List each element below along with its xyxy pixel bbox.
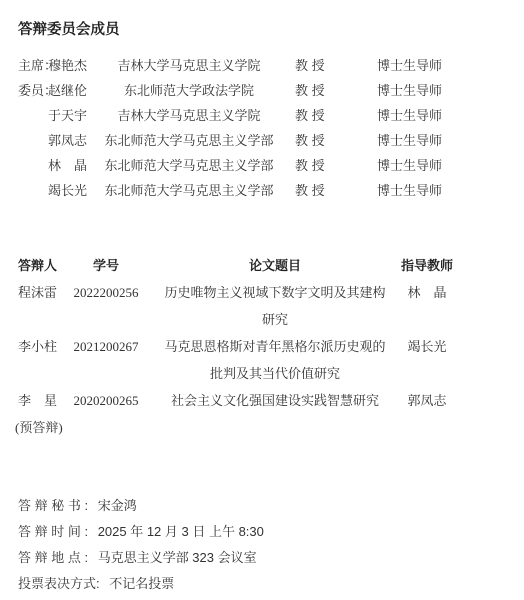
member-affiliation: 吉林大学马克思主义学院: [96, 103, 282, 128]
member-name: 于天宇: [48, 103, 96, 128]
advisor-name: 郭凤志: [395, 387, 459, 414]
student-id: 2020200265: [62, 387, 150, 414]
committee-member-row: 郭凤志 东北师范大学马克思主义学部 教 授 博士生导师: [18, 128, 506, 153]
meta-value: 2025 年 12 月 3 日 上午 8:30: [98, 524, 264, 539]
advisor-name: 竭长光: [395, 333, 459, 360]
member-name: 郭凤志: [48, 128, 96, 153]
member-position: 教 授: [295, 128, 335, 153]
table-row: 李 星 (预答辩) 2020200265 社会主义文化强国建设实践智慧研究 郭凤…: [18, 387, 506, 441]
member-role: 主席：: [18, 53, 48, 78]
student-id: 2022200256: [62, 279, 150, 306]
meta-value: 不记名投票: [109, 576, 174, 591]
member-name: 赵继伦: [48, 78, 96, 103]
defense-meta-info: 答 辩 秘 书 : 宋金鸿 答 辩 时 间 : 2025 年 12 月 3 日 …: [18, 493, 506, 597]
header-thesis-title: 论文题目: [160, 252, 390, 279]
committee-member-row: 主席： 穆艳杰 吉林大学马克思主义学院 教 授 博士生导师: [18, 53, 506, 78]
member-position: 教 授: [295, 103, 335, 128]
member-position: 教 授: [295, 78, 335, 103]
member-affiliation: 东北师范大学政法学院: [96, 78, 282, 103]
candidate-note: (预答辩): [15, 420, 63, 435]
meta-row-voting: 投票表决方式: 不记名投票: [18, 571, 506, 597]
defense-announcement-document: 答辩委员会成员 主席： 穆艳杰 吉林大学马克思主义学院 教 授 博士生导师 委员…: [0, 0, 524, 597]
committee-member-row: 于天宇 吉林大学马克思主义学院 教 授 博士生导师: [18, 103, 506, 128]
member-affiliation: 东北师范大学马克思主义学部: [96, 128, 282, 153]
committee-member-row: 委员： 赵继伦 东北师范大学政法学院 教 授 博士生导师: [18, 78, 506, 103]
table-header-row: 答辩人 学号 论文题目 指导教师: [18, 252, 506, 279]
meta-label: 答 辩 秘 书 :: [18, 498, 88, 513]
meta-row-time: 答 辩 时 间 : 2025 年 12 月 3 日 上午 8:30: [18, 519, 506, 545]
committee-section-title: 答辩委员会成员: [18, 18, 506, 39]
member-position: 教 授: [295, 178, 335, 203]
member-affiliation: 东北师范大学马克思主义学部: [96, 178, 282, 203]
header-student-id: 学号: [62, 252, 150, 279]
candidate-name-with-note: 李 星 (预答辩): [18, 387, 62, 441]
committee-list: 主席： 穆艳杰 吉林大学马克思主义学院 教 授 博士生导师 委员： 赵继伦 东北…: [18, 53, 506, 203]
table-row: 李小柱 2021200267 马克思恩格斯对青年黑格尔派历史观的批判及其当代价值…: [18, 333, 506, 387]
meta-label: 答 辩 时 间 :: [18, 524, 88, 539]
member-affiliation: 吉林大学马克思主义学院: [96, 53, 282, 78]
member-rank: 博士生导师: [377, 178, 442, 203]
member-name: 竭长光: [48, 178, 96, 203]
meta-row-secretary: 答 辩 秘 书 : 宋金鸿: [18, 493, 506, 519]
header-candidate: 答辩人: [18, 252, 62, 279]
header-advisor: 指导教师: [395, 252, 459, 279]
thesis-title: 社会主义文化强国建设实践智慧研究: [160, 387, 390, 414]
member-rank: 博士生导师: [377, 53, 442, 78]
meta-row-location: 答 辩 地 点 : 马克思主义学部 323 会议室: [18, 545, 506, 571]
member-name: 穆艳杰: [48, 53, 96, 78]
candidate-name: 李小柱: [18, 333, 62, 360]
candidate-name: 程沫雷: [18, 279, 62, 306]
member-rank: 博士生导师: [377, 78, 442, 103]
committee-member-row: 竭长光 东北师范大学马克思主义学部 教 授 博士生导师: [18, 178, 506, 203]
thesis-title: 历史唯物主义视域下数字文明及其建构研究: [160, 279, 390, 333]
meta-label: 投票表决方式:: [18, 576, 100, 591]
table-row: 程沫雷 2022200256 历史唯物主义视域下数字文明及其建构研究 林 晶: [18, 279, 506, 333]
committee-member-row: 林 晶 东北师范大学马克思主义学部 教 授 博士生导师: [18, 153, 506, 178]
advisor-name: 林 晶: [395, 279, 459, 306]
member-rank: 博士生导师: [377, 153, 442, 178]
candidate-name: 李 星: [18, 393, 57, 408]
thesis-title: 马克思恩格斯对青年黑格尔派历史观的批判及其当代价值研究: [160, 333, 390, 387]
student-id: 2021200267: [62, 333, 150, 360]
member-rank: 博士生导师: [377, 103, 442, 128]
meta-label: 答 辩 地 点 :: [18, 550, 88, 565]
member-affiliation: 东北师范大学马克思主义学部: [96, 153, 282, 178]
meta-value: 马克思主义学部 323 会议室: [98, 550, 257, 565]
member-position: 教 授: [295, 53, 335, 78]
member-role: 委员：: [18, 78, 48, 103]
member-rank: 博士生导师: [377, 128, 442, 153]
member-position: 教 授: [295, 153, 335, 178]
meta-value: 宋金鸿: [98, 498, 137, 513]
defense-candidates-table: 答辩人 学号 论文题目 指导教师 程沫雷 2022200256 历史唯物主义视域…: [18, 252, 506, 441]
member-name: 林 晶: [48, 153, 96, 178]
